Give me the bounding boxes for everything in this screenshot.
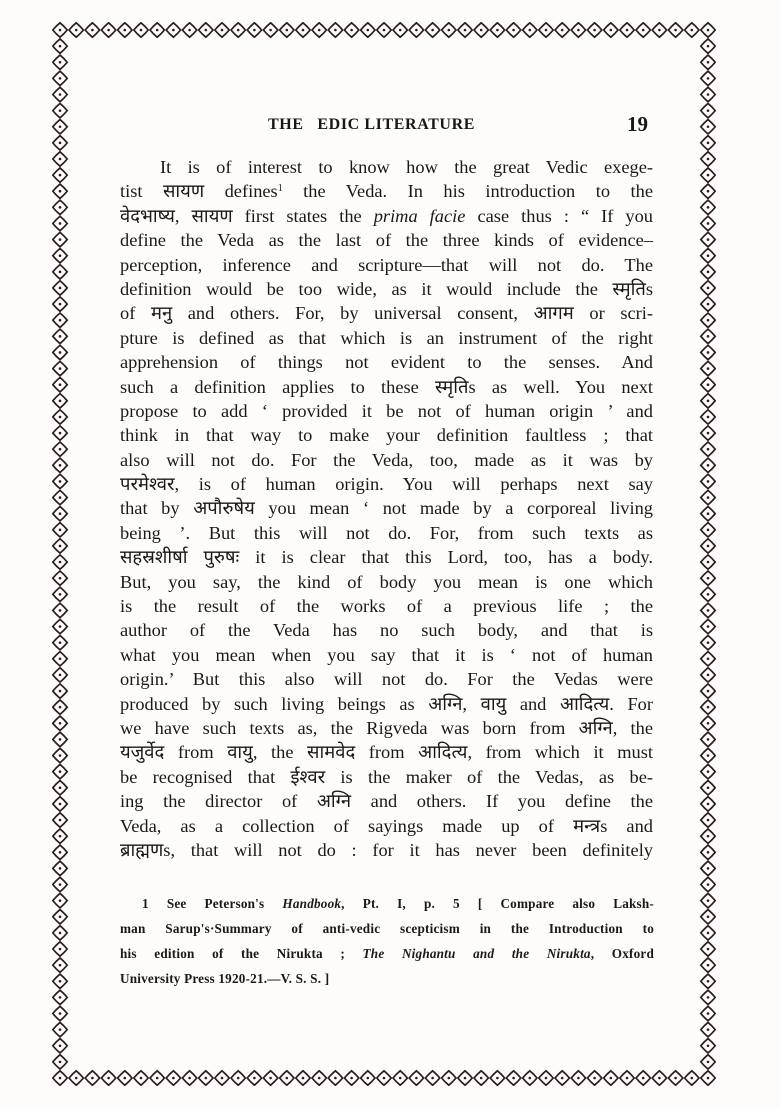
text-line: ing the director of अग्नि and others. If… (120, 789, 653, 813)
text-line: apprehension of things not evident to th… (120, 350, 653, 374)
text-line: we have such texts as, the Rigveda was b… (120, 716, 653, 740)
running-header: THE EDIC LITERATURE 19 (120, 112, 652, 140)
footnote-line: man Sarup's·Summary of anti-vedic scepti… (120, 916, 654, 941)
text-line: that by अपौरुषेय you mean ‘ not made by … (120, 496, 653, 520)
text-line: But, you say, the kind of body you mean … (120, 570, 653, 594)
page-number: 19 (627, 112, 648, 137)
text-line: It is of interest to know how the great … (120, 155, 653, 179)
footnote-line: his edition of the Nirukta ; The Nighant… (120, 941, 654, 966)
text-line: pture is defined as that which is an ins… (120, 326, 653, 350)
text-line: परमेश्वर, is of human origin. You will p… (120, 472, 653, 496)
body-paragraph: It is of interest to know how the great … (120, 155, 653, 862)
footnote-line: 1 See Peterson's Handbook, Pt. I, p. 5 [… (120, 891, 654, 916)
italic-phrase: prima facie (374, 206, 466, 226)
text-line: define the Veda as the last of the three… (120, 228, 653, 252)
text-line: what you mean when you say that it is ‘ … (120, 643, 653, 667)
text-line: यजुर्वेद from वायु, the सामवेद from आदित… (120, 740, 653, 764)
text-line: सहस्रशीर्षा पुरुषः it is clear that this… (120, 545, 653, 569)
text-line: ब्राह्मणs, that will not do : for it has… (120, 838, 653, 862)
text-line: such a definition applies to these स्मृत… (120, 375, 653, 399)
text-line: author of the Veda has no such body, and… (120, 618, 653, 642)
book-page: THE EDIC LITERATURE 19 It is of interest… (0, 0, 780, 1108)
text-line: perception, inference and scripture—that… (120, 253, 653, 277)
text-line: also will not do. For the Veda, too, mad… (120, 448, 653, 472)
running-title: THE EDIC LITERATURE (268, 116, 475, 134)
text-line: of मनु and others. For, by universal con… (120, 301, 653, 325)
text-line: definition would be too wide, as it woul… (120, 277, 653, 301)
footnote-line: University Press 1920-21.—V. S. S. ] (120, 966, 654, 991)
text-line: वेदभाष्य, सायण first states the prima fa… (120, 204, 653, 228)
text-line: tist सायण defines1 the Veda. In his intr… (120, 179, 653, 203)
text-line: be recognised that ईश्वर is the maker of… (120, 765, 653, 789)
text-line: being ’. But this will not do. For, from… (120, 521, 653, 545)
text-line: think in that way to make your definitio… (120, 423, 653, 447)
text-line: Veda, as a collection of sayings made up… (120, 814, 653, 838)
text-line: origin.’ But this also will not do. For … (120, 667, 653, 691)
text-line: is the result of the works of a previous… (120, 594, 653, 618)
italic-title: Handbook (282, 896, 341, 911)
text-line: produced by such living beings as अग्नि,… (120, 692, 653, 716)
footnote: 1 See Peterson's Handbook, Pt. I, p. 5 [… (120, 891, 654, 991)
italic-title: The Nighantu and the Nirukta (363, 946, 591, 961)
text-line: propose to add ‘ provided it be not of h… (120, 399, 653, 423)
